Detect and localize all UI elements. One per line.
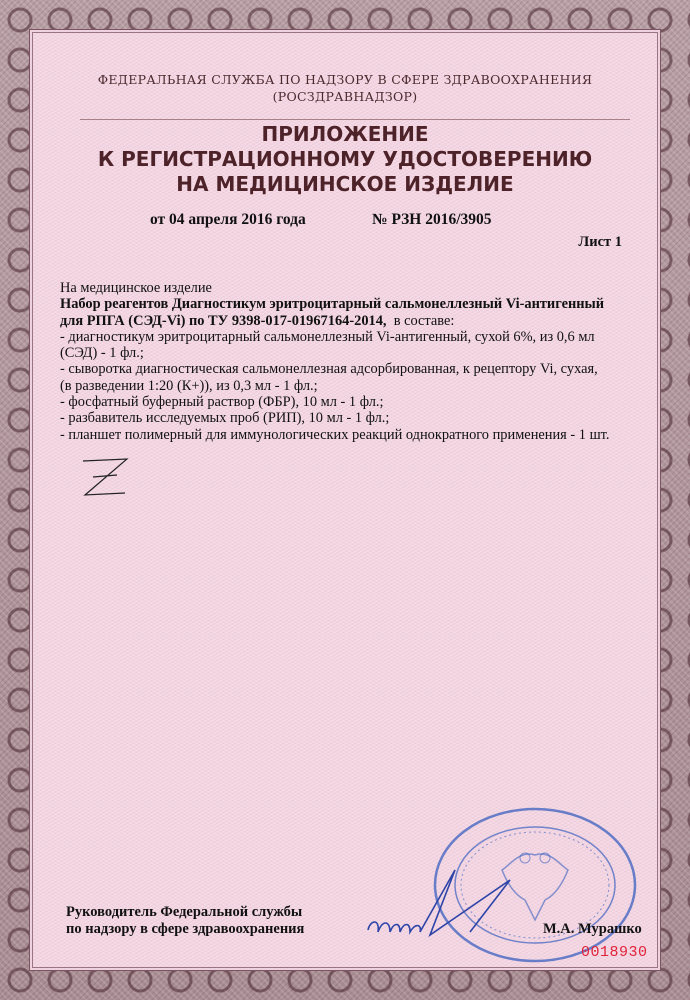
- composition-item: - фосфатный буферный раствор (ФБР), 10 м…: [60, 394, 650, 410]
- intro-text: На медицинское изделие: [60, 280, 650, 296]
- composition-item: - разбавитель исследуемых проб (РИП), 10…: [60, 410, 650, 426]
- composition-item-cont: (СЭД) - 1 фл.;: [60, 345, 650, 361]
- composition-item: - диагностикум эритроцитарный сальмонелл…: [60, 329, 650, 345]
- header-divider: [80, 119, 630, 120]
- sheet-number: Лист 1: [578, 234, 622, 251]
- agency-abbrev: (РОСЗДРАВНАДЗОР): [0, 88, 690, 105]
- document-title: ПРИЛОЖЕНИЕ К РЕГИСТРАЦИОННОМУ УДОСТОВЕРЕ…: [0, 122, 690, 197]
- registration-date: от 04 апреля 2016 года: [150, 211, 306, 229]
- document-body: На медицинское изделие Набор реагентов Д…: [60, 280, 650, 443]
- z-strikeout-mark: [75, 455, 135, 500]
- composition-item: - планшет полимерный для иммунологически…: [60, 427, 650, 443]
- product-name-line-2: для РПГА (СЭД-Vi) по ТУ 9398-017-0196716…: [60, 313, 387, 329]
- title-line-1: ПРИЛОЖЕНИЕ: [0, 122, 690, 147]
- signer-position: Руководитель Федеральной службы по надзо…: [66, 904, 304, 938]
- registration-number: № РЗН 2016/3905: [372, 211, 492, 229]
- signer-position-line-1: Руководитель Федеральной службы: [66, 904, 304, 921]
- signature-icon: [360, 860, 540, 950]
- product-name-line-1: Набор реагентов Диагностикум эритроцитар…: [60, 296, 650, 312]
- composition-label: в составе:: [387, 313, 455, 329]
- composition-item: - сыворотка диагностическая сальмонеллез…: [60, 361, 650, 377]
- title-line-2: К РЕГИСТРАЦИОННОМУ УДОСТОВЕРЕНИЮ: [0, 147, 690, 172]
- agency-name: ФЕДЕРАЛЬНАЯ СЛУЖБА ПО НАДЗОРУ В СФЕРЕ ЗД…: [0, 71, 690, 88]
- serial-number: 0018930: [581, 944, 648, 961]
- composition-item-cont: (в разведении 1:20 (К+)), из 0,3 мл - 1 …: [60, 378, 650, 394]
- signer-name: М.А. Мурашко: [543, 921, 642, 938]
- title-line-3: НА МЕДИЦИНСКОЕ ИЗДЕЛИЕ: [0, 172, 690, 197]
- signer-position-line-2: по надзору в сфере здравоохранения: [66, 921, 304, 938]
- agency-header: ФЕДЕРАЛЬНАЯ СЛУЖБА ПО НАДЗОРУ В СФЕРЕ ЗД…: [0, 71, 690, 105]
